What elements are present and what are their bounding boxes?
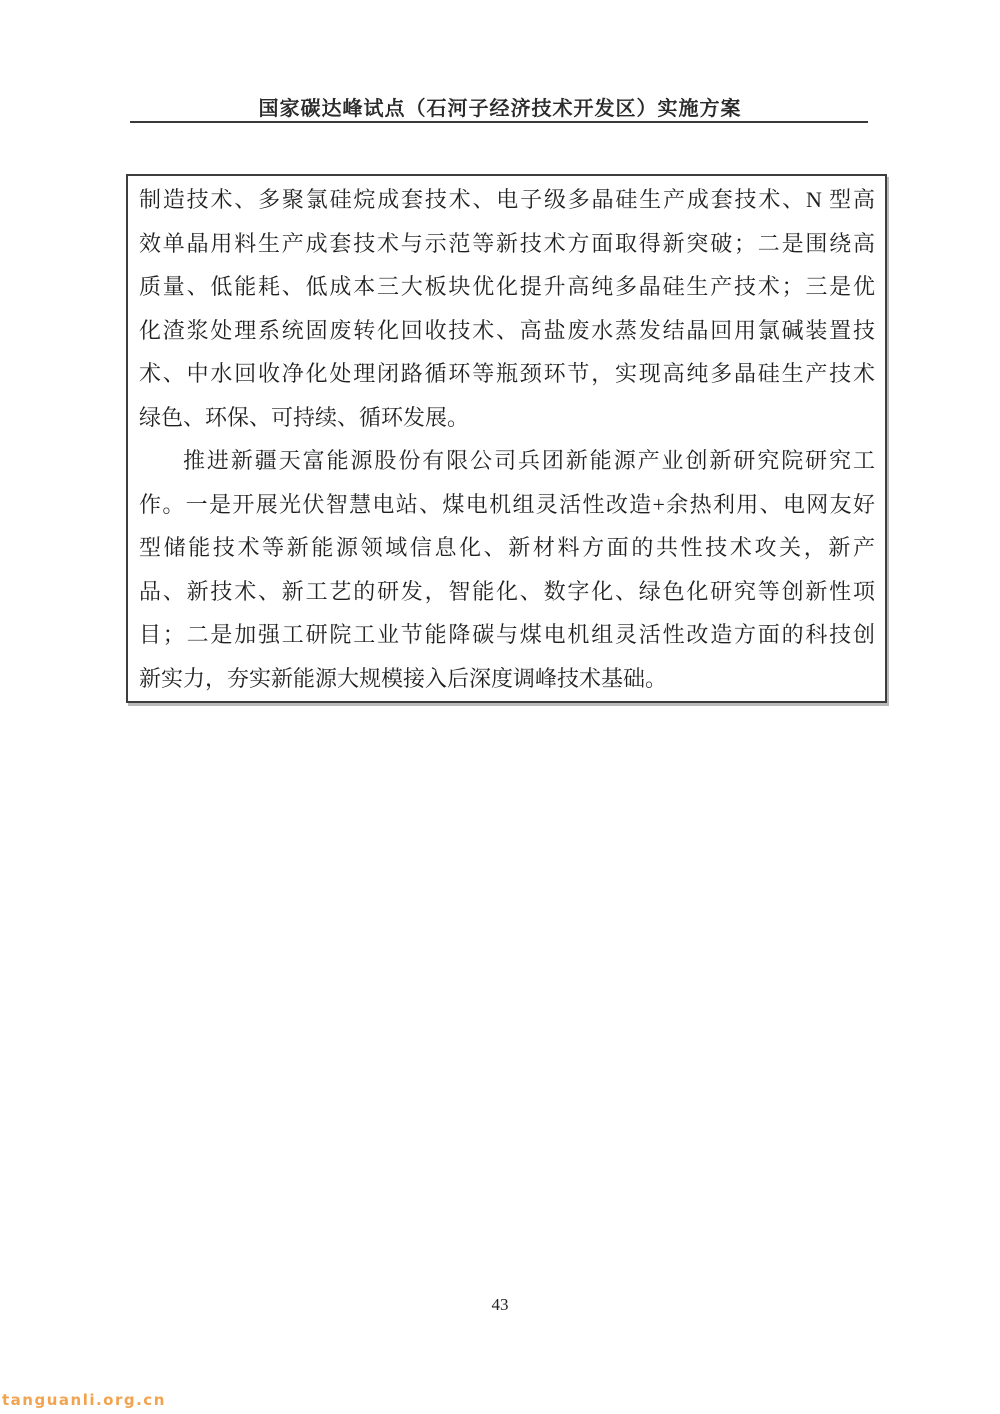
text-line: 作。一是开展光伏智慧电站、煤电机组灵活性改造+余热利用、电网友好 <box>139 483 875 527</box>
text-line: 效单晶用料生产成套技术与示范等新技术方面取得新突破；二是围绕高 <box>139 222 875 266</box>
content-box: 制造技术、多聚氯硅烷成套技术、电子级多晶硅生产成套技术、N 型高 效单晶用料生产… <box>126 174 887 703</box>
text-line: 目；二是加强工研院工业节能降碳与煤电机组灵活性改造方面的科技创 <box>139 613 875 657</box>
header-rule <box>130 121 868 123</box>
page-title: 国家碳达峰试点（石河子经济技术开发区）实施方案 <box>130 92 870 121</box>
text-line: 术、中水回收净化处理闭路循环等瓶颈环节，实现高纯多晶硅生产技术 <box>139 352 875 396</box>
text-line: 绿色、环保、可持续、循环发展。 <box>139 396 875 440</box>
text-line: 推进新疆天富能源股份有限公司兵团新能源产业创新研究院研究工 <box>139 439 875 483</box>
document-page: { "page": { "header": { "title": "国家碳达峰试… <box>0 0 1000 1414</box>
text-line: 品、新技术、新工艺的研发，智能化、数字化、绿色化研究等创新性项 <box>139 570 875 614</box>
text-line: 新实力，夯实新能源大规模接入后深度调峰技术基础。 <box>139 657 875 701</box>
page-number: 43 <box>0 1295 1000 1315</box>
text-line: 化渣浆处理系统固废转化回收技术、高盐废水蒸发结晶回用氯碱装置技 <box>139 309 875 353</box>
text-line: 质量、低能耗、低成本三大板块优化提升高纯多晶硅生产技术；三是优 <box>139 265 875 309</box>
watermark: tanguanli.org.cn <box>2 1391 166 1409</box>
text-line: 型储能技术等新能源领域信息化、新材料方面的共性技术攻关，新产 <box>139 526 875 570</box>
text-line: 制造技术、多聚氯硅烷成套技术、电子级多晶硅生产成套技术、N 型高 <box>139 178 875 222</box>
